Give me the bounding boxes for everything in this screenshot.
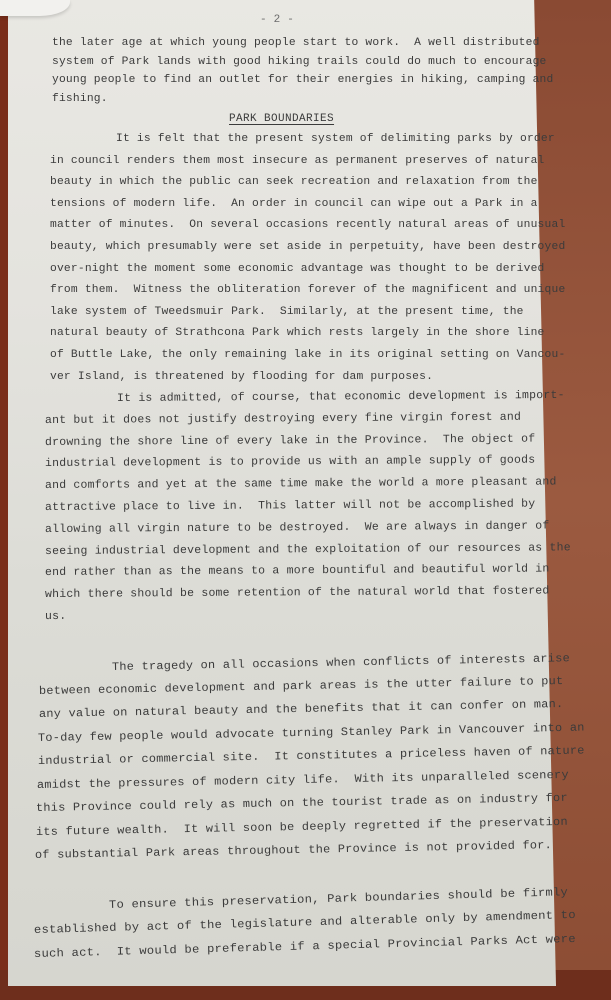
text-line: between economic development and park ar… xyxy=(39,675,564,697)
text-line: industrial or commercial site. It consti… xyxy=(37,746,584,768)
text-line: of Buttle Lake, the only remaining lake … xyxy=(50,349,565,361)
text-line: ant but it does not justify destroying e… xyxy=(45,411,521,426)
text-line: in council renders them most insecure as… xyxy=(50,155,545,167)
text-line: the later age at which young people star… xyxy=(52,37,540,49)
text-line: ver Island, is threatened by flooding fo… xyxy=(50,371,433,383)
text-line: seeing industrial development and the ex… xyxy=(45,542,571,558)
text-line: To-day few people would advocate turning… xyxy=(38,722,585,744)
text-line: established by act of the legislature an… xyxy=(34,909,576,936)
text-line: system of Park lands with good hiking tr… xyxy=(52,56,547,68)
text-line: attractive place to live in. This latter… xyxy=(45,499,535,514)
text-line: from them. Witness the obliteration fore… xyxy=(50,284,565,296)
text-line: this Province could rely as much on the … xyxy=(36,793,568,815)
text-line: drowning the shore line of every lake in… xyxy=(45,433,535,448)
text-line: its future wealth. It will soon be deepl… xyxy=(36,816,568,838)
text-line: matter of minutes. On several occasions … xyxy=(50,219,565,231)
text-line: beauty, which presumably were set aside … xyxy=(50,241,565,253)
text-line: natural beauty of Strathcona Park which … xyxy=(50,327,545,339)
text-line: over-night the moment some economic adva… xyxy=(50,263,545,275)
text-line: The tragedy on all occasions when confli… xyxy=(112,653,570,674)
text-line: industrial development is to provide us … xyxy=(45,455,535,470)
text-line: such act. It would be preferable if a sp… xyxy=(34,934,576,961)
text-line: and comforts and yet at the same time ma… xyxy=(45,477,557,493)
text-line: beauty in which the public can seek recr… xyxy=(50,176,538,188)
text-line: of substantial Park areas throughout the… xyxy=(35,840,552,862)
text-line: It is admitted, of course, that economic… xyxy=(117,390,565,405)
text-line: It is felt that the present system of de… xyxy=(116,133,555,145)
text-line: which there should be some retention of … xyxy=(45,586,550,602)
text-line: To ensure this preservation, Park bounda… xyxy=(109,887,568,912)
text-line: end rather than as the means to a more b… xyxy=(45,564,550,580)
text-line: fishing. xyxy=(52,93,108,105)
text-line: any value on natural beauty and the bene… xyxy=(39,699,564,721)
page-number: - 2 - xyxy=(260,14,294,26)
text-line: us. xyxy=(45,611,66,623)
text-line: lake system of Tweedsmuir Park. Similarl… xyxy=(50,306,524,318)
text-line: amidst the pressures of modern city life… xyxy=(37,769,569,791)
text-line: allowing all virgin nature to be destroy… xyxy=(45,520,550,536)
text-line: young people to find an outlet for their… xyxy=(52,74,553,86)
section-heading: PARK BOUNDARIES xyxy=(229,113,334,125)
text-line: tensions of modern life. An order in cou… xyxy=(50,198,538,210)
page-text: - 2 - PARK BOUNDARIES the later age at w… xyxy=(0,0,611,1000)
